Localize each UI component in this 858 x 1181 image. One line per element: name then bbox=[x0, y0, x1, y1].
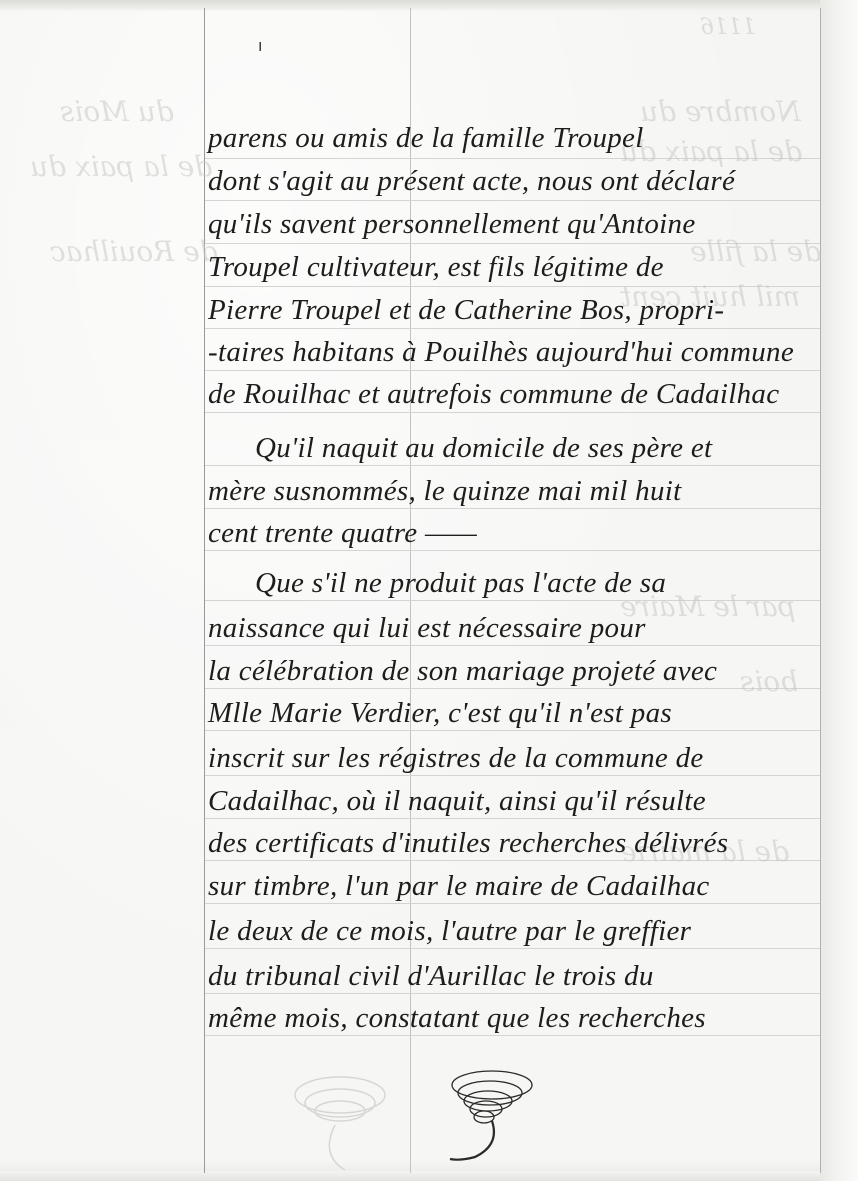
text-line-5: Pierre Troupel et de Catherine Bos, prop… bbox=[208, 292, 820, 328]
bleedthrough-text: du Mois bbox=[60, 95, 174, 128]
text-line-3: qu'ils savent personnellement qu'Antoine bbox=[208, 206, 820, 242]
text-line-6: -taires habitans à Pouilhès aujourd'hui … bbox=[208, 334, 820, 370]
text-line-4: Troupel cultivateur, est fils légitime d… bbox=[208, 249, 820, 285]
text-line-15: inscrit sur les régistres de la commune … bbox=[208, 740, 820, 776]
spiral-flourish-icon bbox=[440, 1065, 540, 1165]
ruled-line bbox=[205, 200, 820, 201]
text-line-8: Qu'il naquit au domicile de ses père et bbox=[255, 430, 858, 466]
text-line-1: parens ou amis de la famille Troupel bbox=[208, 120, 820, 156]
ruled-line bbox=[205, 370, 820, 371]
ink-mark: ı bbox=[258, 36, 262, 55]
ruled-line bbox=[205, 328, 820, 329]
bleedthrough-text: de la paix du bbox=[30, 150, 212, 183]
text-line-14: Mlle Marie Verdier, c'est qu'il n'est pa… bbox=[208, 695, 820, 731]
text-line-19: le deux de ce mois, l'autre par le greff… bbox=[208, 913, 820, 949]
text-line-2: dont s'agit au présent acte, nous ont dé… bbox=[208, 163, 820, 199]
text-line-12: naissance qui lui est nécessaire pour bbox=[208, 610, 820, 646]
text-line-10: cent trente quatre —— bbox=[208, 515, 820, 551]
text-line-21: même mois, constatant que les recherches bbox=[208, 1000, 820, 1036]
ruled-line bbox=[205, 412, 820, 413]
text-line-7: de Rouilhac et autrefois commune de Cada… bbox=[208, 376, 820, 412]
scanned-page: 1116 Nombre du de la paix du de la fille… bbox=[0, 0, 858, 1181]
text-line-17: des certificats d'inutiles recherches dé… bbox=[208, 825, 820, 861]
page-bottom-edge bbox=[0, 1171, 858, 1181]
text-line-16: Cadailhac, où il naquit, ainsi qu'il rés… bbox=[208, 783, 820, 819]
text-line-9: mère susnommés, le quinze mai mil huit bbox=[208, 473, 820, 509]
text-line-13: la célébration de son mariage projeté av… bbox=[208, 653, 820, 689]
page-top-edge bbox=[0, 0, 858, 10]
text-line-18: sur timbre, l'un par le maire de Cadailh… bbox=[208, 868, 820, 904]
bleedthrough-flourish-icon bbox=[285, 1065, 405, 1175]
text-line-20: du tribunal civil d'Aurillac le trois du bbox=[208, 958, 820, 994]
text-line-11: Que s'il ne produit pas l'acte de sa bbox=[255, 565, 858, 601]
bleedthrough-text: de Rouilhac bbox=[50, 235, 218, 268]
bleedthrough-text: 1116 bbox=[700, 15, 756, 40]
